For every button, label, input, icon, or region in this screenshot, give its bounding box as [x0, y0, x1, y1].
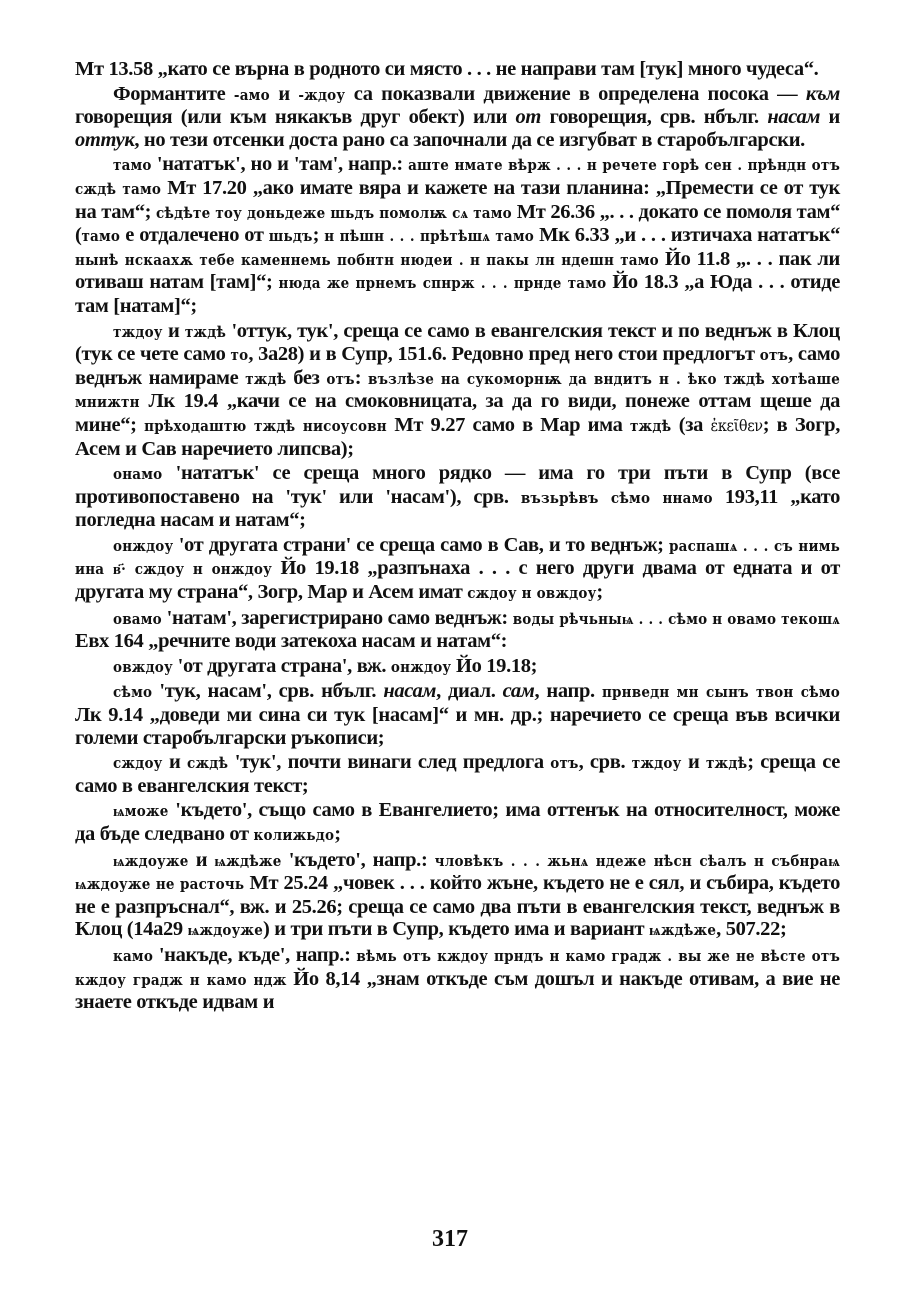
text-run: и	[163, 320, 185, 342]
old-bulgarian-text: отъ	[760, 346, 788, 364]
text-run: и	[820, 106, 840, 128]
text-run: ;	[334, 823, 340, 845]
paragraph: камо 'накъде, къде', напр.: вѣмь отъ кжд…	[75, 944, 840, 1014]
text-run: са показвали движение в определена посок…	[345, 83, 806, 105]
old-bulgarian-text: нынѣ нскаахѫ тебе каменнемь побнтн нюдеи…	[75, 251, 659, 269]
text-run: 'където', също само в Евангелието; има о…	[75, 799, 840, 845]
old-bulgarian-text: прѣходаштю тждѣ нисоусовн	[144, 417, 387, 435]
old-bulgarian-text: тждѣ	[630, 417, 671, 435]
old-bulgarian-text: н пѣшн . . . прѣтѣшѧ тамо	[324, 227, 534, 245]
old-bulgarian-text: отъ	[326, 370, 354, 388]
text-run: без	[286, 367, 326, 389]
text-run: , срв.	[579, 751, 632, 773]
old-bulgarian-text: възьрѣвъ сѣмо ннамо	[521, 489, 713, 507]
old-bulgarian-text: -ждоу	[298, 86, 345, 104]
text-run: и	[188, 849, 214, 871]
paragraph: овждоу 'от другата страна', вж. онждоу Й…	[75, 655, 840, 679]
old-bulgarian-text: сждоу н овждоу	[467, 584, 596, 602]
text-run: ;	[313, 224, 325, 246]
text-run: ;	[596, 581, 602, 603]
old-bulgarian-text: шьдъ	[269, 227, 313, 245]
text-run: 'от другата страни' се среща само в Сав,…	[173, 534, 669, 556]
old-bulgarian-text: онждоу	[113, 537, 173, 555]
old-bulgarian-text: тждѣ	[185, 323, 226, 341]
text-run: говорещия, срв. нбълг.	[541, 106, 767, 128]
text-run: Мт 13.58 „като се върна в родното си мяс…	[75, 58, 818, 80]
paragraph: овамо 'натам', зарегистрирано само веднъ…	[75, 607, 840, 653]
italic-term: сам	[503, 680, 535, 702]
old-bulgarian-text: нюда же прнемъ спнрж . . . прнде тамо	[278, 274, 606, 292]
old-bulgarian-text: сждоу	[113, 754, 162, 772]
old-bulgarian-text: сждѣ	[187, 754, 228, 772]
text-run: Мк 6.33 „и . . . изтичаха нататък“	[534, 224, 840, 246]
old-bulgarian-text: тждоу	[113, 323, 163, 341]
old-bulgarian-text: сѣдѣте тоу доньдеже шьдъ помолѭ сѧ тамо	[156, 204, 512, 222]
text-run: 'от другата страна', вж.	[173, 655, 391, 677]
italic-term: насам	[767, 106, 820, 128]
old-bulgarian-text: прнведн мн сынъ твон сѣмо	[602, 683, 840, 701]
old-bulgarian-text: воды рѣчьныѩ . . . сѣмо н овамо текошѧ	[513, 610, 840, 628]
text-run: 'нататък', но и 'там', напр.:	[152, 153, 408, 175]
paragraph: ѩждоуже и ѩждѣже 'където', напр.: чловѣк…	[75, 849, 840, 942]
old-bulgarian-text: онждоу	[391, 658, 451, 676]
text-run: 'тук, насам', срв. нбълг.	[152, 680, 383, 702]
italic-term: насам	[383, 680, 436, 702]
paragraph: онамо 'нататък' се среща много рядко — и…	[75, 462, 840, 532]
greek-text: ἐκεῖθεν	[710, 416, 762, 435]
paragraph: Мт 13.58 „като се върна в родното си мяс…	[75, 58, 840, 81]
old-bulgarian-text: колижьдо	[254, 826, 335, 844]
old-bulgarian-text: онамо	[113, 465, 162, 483]
old-bulgarian-text: отъ	[550, 754, 578, 772]
text-run: и	[162, 751, 187, 773]
text-run: е отдалечено от	[120, 224, 269, 246]
old-bulgarian-text: ѩждѣже	[214, 852, 281, 870]
text-run: и	[270, 83, 299, 105]
text-run: , 507.22;	[716, 918, 786, 940]
text-run: Евх 164 „речните води затекоха насам и н…	[75, 630, 507, 652]
old-bulgarian-text: ѩможе	[113, 802, 169, 820]
text-run: , но тези отсенки доста рано са започнал…	[134, 129, 805, 151]
old-bulgarian-text: ѩждоуже	[113, 852, 188, 870]
old-bulgarian-text: то	[231, 346, 249, 364]
text-run: :	[355, 367, 368, 389]
old-bulgarian-text: тамо	[81, 227, 120, 245]
text-run: 'накъде, къде', напр.:	[153, 944, 356, 966]
italic-term: оттук	[75, 129, 134, 151]
text-run: Лк 9.14 „доведи ми сина си тук [насам]“ …	[75, 704, 840, 749]
old-bulgarian-text: тждѣ	[245, 370, 286, 388]
text-run: 'натам', зарегистрирано само веднъж:	[162, 607, 513, 629]
text-run: ) и три пъти в Супр, където има и вариан…	[263, 918, 649, 940]
text-run: (за	[671, 414, 710, 436]
paragraph: сѣмо 'тук, насам', срв. нбълг. насам, ди…	[75, 680, 840, 749]
paragraph: ѩможе 'където', също само в Евангелието;…	[75, 799, 840, 846]
text-run: 'където', напр.:	[282, 849, 435, 871]
text-run: , напр.	[534, 680, 601, 702]
paragraph: онждоу 'от другата страни' се среща само…	[75, 534, 840, 605]
old-bulgarian-text: сѣмо	[113, 683, 152, 701]
old-bulgarian-text: ѩждоуже	[188, 921, 263, 939]
old-bulgarian-text: камо	[113, 947, 153, 965]
page-body: Мт 13.58 „като се върна в родното си мяс…	[75, 58, 840, 1016]
text-run: , диал.	[436, 680, 503, 702]
paragraph: Формантите -амо и -ждоу са показвали дви…	[75, 83, 840, 152]
paragraph: тамо 'нататък', но и 'там', напр.: аште …	[75, 153, 840, 317]
old-bulgarian-text: тамо	[113, 156, 152, 174]
text-run: Мт 9.27 само в Мар има	[387, 414, 630, 436]
text-run: Йо 19.18;	[451, 655, 537, 677]
old-bulgarian-text: овждоу	[113, 658, 173, 676]
page-number: 317	[0, 1226, 900, 1253]
italic-term: от	[516, 106, 542, 128]
paragraph: сждоу и сждѣ 'тук', почти винаги след пр…	[75, 751, 840, 797]
old-bulgarian-text: тждоу	[632, 754, 682, 772]
text-run: 'тук', почти винаги след предлога	[228, 751, 550, 773]
italic-term: към	[806, 83, 840, 105]
old-bulgarian-text: тждѣ	[706, 754, 747, 772]
text-run: говорещия (или към някакъв друг обект) и…	[75, 106, 516, 128]
text-run: Формантите	[113, 83, 234, 105]
text-run: , 3а28) и в Супр, 151.6. Редовно пред не…	[248, 343, 759, 365]
old-bulgarian-text: ѩждѣже	[649, 921, 716, 939]
old-bulgarian-text: -амо	[234, 86, 270, 104]
old-bulgarian-text: овамо	[113, 610, 162, 628]
paragraph: тждоу и тждѣ 'оттук, тук', среща се само…	[75, 320, 840, 461]
text-run: и	[681, 751, 706, 773]
